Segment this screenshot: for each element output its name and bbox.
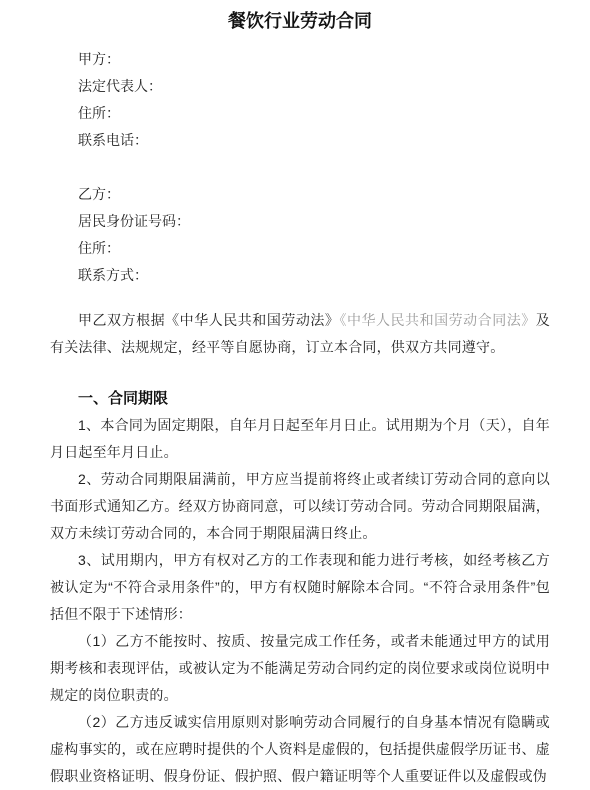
block-spacer	[50, 154, 550, 181]
party-b-address-field: 住所：	[50, 235, 550, 262]
block-spacer	[50, 361, 550, 385]
law-title-muted-text: 《中华人民共和国劳动合同法》	[339, 312, 535, 328]
party-a-block: 甲方： 法定代表人： 住所： 联系电话：	[50, 46, 550, 154]
party-a-name-field: 甲方：	[50, 46, 550, 73]
document-title: 餐饮行业劳动合同	[50, 8, 550, 34]
party-a-phone-field: 联系电话：	[50, 127, 550, 154]
section-1-clause-1: 1、本合同为固定期限，自年月日起至年月日止。试用期为个月（天），自年月日起至年月…	[50, 412, 550, 466]
section-1-clause-3-item-2: （2）乙方违反诚实信用原则对影响劳动合同履行的自身基本情况有隐瞒或虚构事实的，或…	[50, 709, 550, 790]
party-a-legal-representative-field: 法定代表人：	[50, 73, 550, 100]
party-b-block: 乙方： 居民身份证号码： 住所： 联系方式：	[50, 181, 550, 289]
preamble-paragraph: 甲乙双方根据《中华人民共和国劳动法》《中华人民共和国劳动合同法》及有关法律、法规…	[50, 307, 550, 361]
section-1-clause-3-item-1: （1）乙方不能按时、按质、按量完成工作任务，或者未能通过甲方的试用期考核和表现评…	[50, 628, 550, 709]
block-spacer	[50, 289, 550, 307]
section-1-clause-3: 3、试用期内，甲方有权对乙方的工作表现和能力进行考核，如经考核乙方被认定为“不符…	[50, 547, 550, 628]
party-a-address-field: 住所：	[50, 100, 550, 127]
contract-document-page: 餐饮行业劳动合同 甲方： 法定代表人： 住所： 联系电话： 乙方： 居民身份证号…	[0, 0, 590, 790]
preamble-text-before: 甲乙双方根据《中华人民共和国劳动法》	[78, 312, 339, 328]
party-b-contact-field: 联系方式：	[50, 262, 550, 289]
section-1-clause-2: 2、劳动合同期限届满前，甲方应当提前将终止或者续订劳动合同的意向以书面形式通知乙…	[50, 466, 550, 547]
party-b-name-field: 乙方：	[50, 181, 550, 208]
party-b-id-number-field: 居民身份证号码：	[50, 208, 550, 235]
section-1-heading: 一、合同期限	[50, 385, 550, 412]
